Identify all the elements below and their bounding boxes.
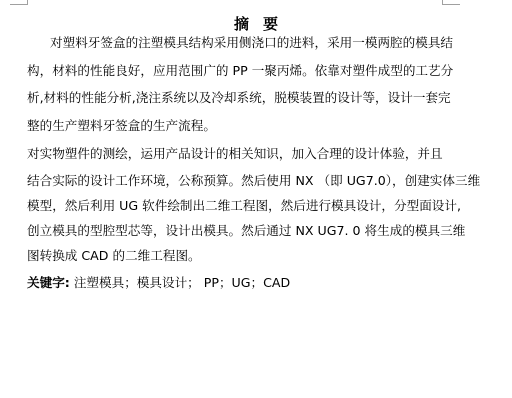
abstract-title: 摘要	[0, 14, 512, 34]
text-line: 模型，然后利用 UG 软件绘制出二维工程图，然后进行模具设计，分型面设计,	[27, 198, 487, 214]
text-line: 创立模具的型腔型芯等，设计出模具。然后通过 NX UG7. 0 将生成的模具三维	[27, 223, 487, 239]
text-line: 结合实际的设计工作环境，公称预算。然后使用 NX （即 UG7.0），创建实体三…	[27, 173, 487, 189]
keywords-value: 注塑模具；模具设计； PP；UG；CAD	[70, 275, 290, 290]
text-line: 析,材料的性能分析,浇注系统以及冷却系统，脱模装置的设计等，设计一套完	[27, 90, 487, 106]
text-line: 整的生产塑料牙签盒的生产流程。	[27, 118, 487, 134]
page-corner-mark-left	[10, 0, 28, 5]
text-line: 图转换成 CAD 的二维工程图。	[27, 248, 487, 264]
keywords-line: 关键字: 注塑模具；模具设计； PP；UG；CAD	[27, 275, 487, 291]
page-corner-mark-right	[442, 0, 460, 5]
text-line: 对塑料牙签盒的注塑模具结构采用侧浇口的进料，采用一模两腔的模具结	[50, 35, 510, 51]
text-line: 构，材料的性能良好，应用范围广的 PP 一聚丙烯。依靠对塑件成型的工艺分	[27, 63, 487, 79]
keywords-label: 关键字:	[27, 275, 70, 290]
text-line: 对实物塑件的测绘，运用产品设计的相关知识，加入合理的设计体验，并且	[27, 146, 487, 162]
